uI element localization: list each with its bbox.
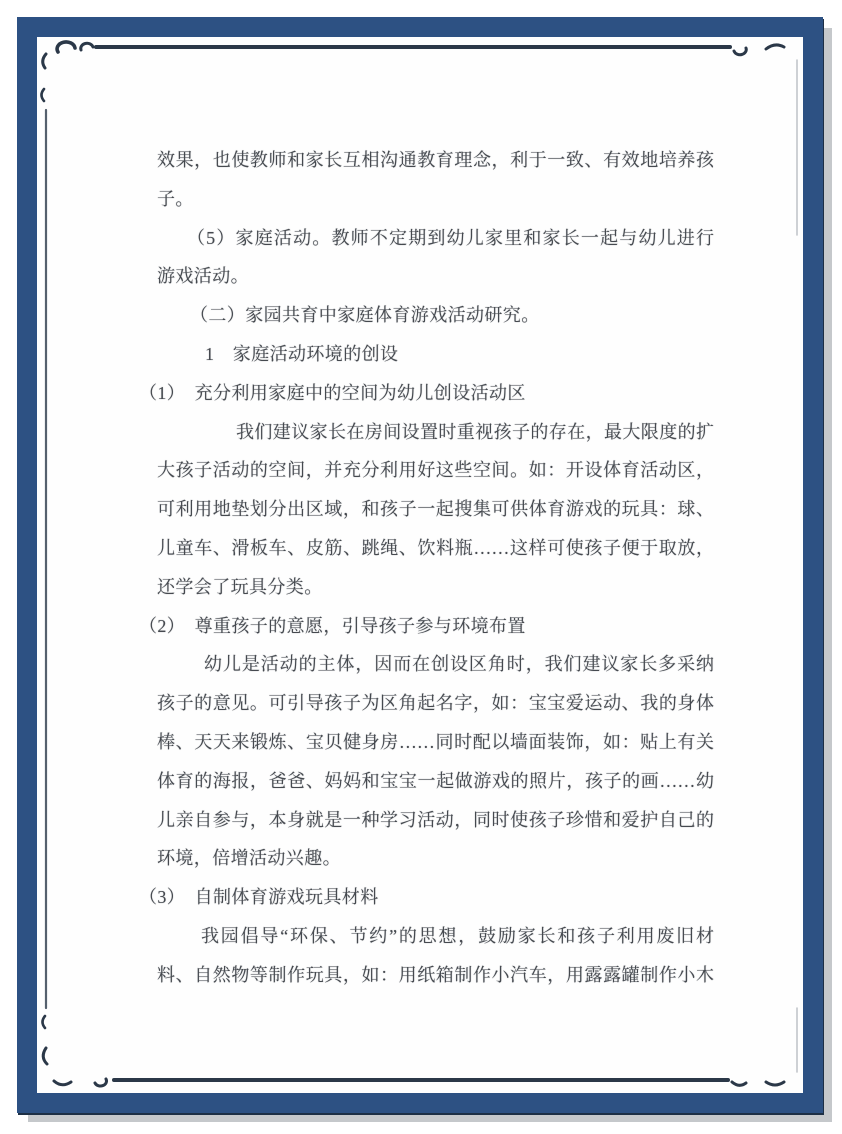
text-line: 游戏活动。 <box>157 257 714 296</box>
text-line: （二）家园共育中家庭体育游戏活动研究。 <box>157 296 714 335</box>
text-line: 效果，也使教师和家长互相沟通教育理念，利于一致、有效地培养孩 <box>157 141 714 180</box>
text-line: （1） 充分利用家庭中的空间为幼儿创设活动区 <box>139 374 714 413</box>
text-line: 大孩子活动的空间，并充分利用好这些空间。如：开设体育活动区， <box>157 451 714 490</box>
text-line: 孩子的意见。可引导孩子为区角起名字，如：宝宝爱运动、我的身体 <box>157 684 714 723</box>
text-line: 子。 <box>157 180 714 219</box>
text-line: 环境，倍增活动兴趣。 <box>157 839 714 878</box>
text-line: （5）家庭活动。教师不定期到幼儿家里和家长一起与幼儿进行 <box>157 219 714 258</box>
document-viewer: 效果，也使教师和家长互相沟通教育理念，利于一致、有效地培养孩子。（5）家庭活动。… <box>0 0 842 1134</box>
text-line: （2） 尊重孩子的意愿，引导孩子参与环境布置 <box>139 607 714 646</box>
text-line: 还学会了玩具分类。 <box>157 568 714 607</box>
text-line: 儿亲自参与，本身就是一种学习活动，同时使孩子珍惜和爱护自己的 <box>157 801 714 840</box>
text-line: 料、自然物等制作玩具，如：用纸箱制作小汽车，用露露罐制作小木 <box>157 956 714 995</box>
text-line: 幼儿是活动的主体，因而在创设区角时，我们建议家长多采纳 <box>157 645 714 684</box>
text-line: 1 家庭活动环境的创设 <box>157 335 714 374</box>
text-block: 效果，也使教师和家长互相沟通教育理念，利于一致、有效地培养孩子。（5）家庭活动。… <box>157 141 714 995</box>
text-line: 我们建议家长在房间设置时重视孩子的存在，最大限度的扩 <box>157 413 714 452</box>
text-line: 我园倡导“环保、节约”的思想，鼓励家长和孩子利用废旧材 <box>157 917 714 956</box>
text-line: 可利用地垫划分出区域，和孩子一起搜集可供体育游戏的玩具：球、 <box>157 490 714 529</box>
text-line: 儿童车、滑板车、皮筋、跳绳、饮料瓶……这样可使孩子便于取放， <box>157 529 714 568</box>
text-line: （3） 自制体育游戏玩具材料 <box>139 878 714 917</box>
text-line: 体育的海报，爸爸、妈妈和宝宝一起做游戏的照片，孩子的画……幼 <box>157 762 714 801</box>
text-line: 棒、天天来锻炼、宝贝健身房……同时配以墙面装饰，如：贴上有关 <box>157 723 714 762</box>
